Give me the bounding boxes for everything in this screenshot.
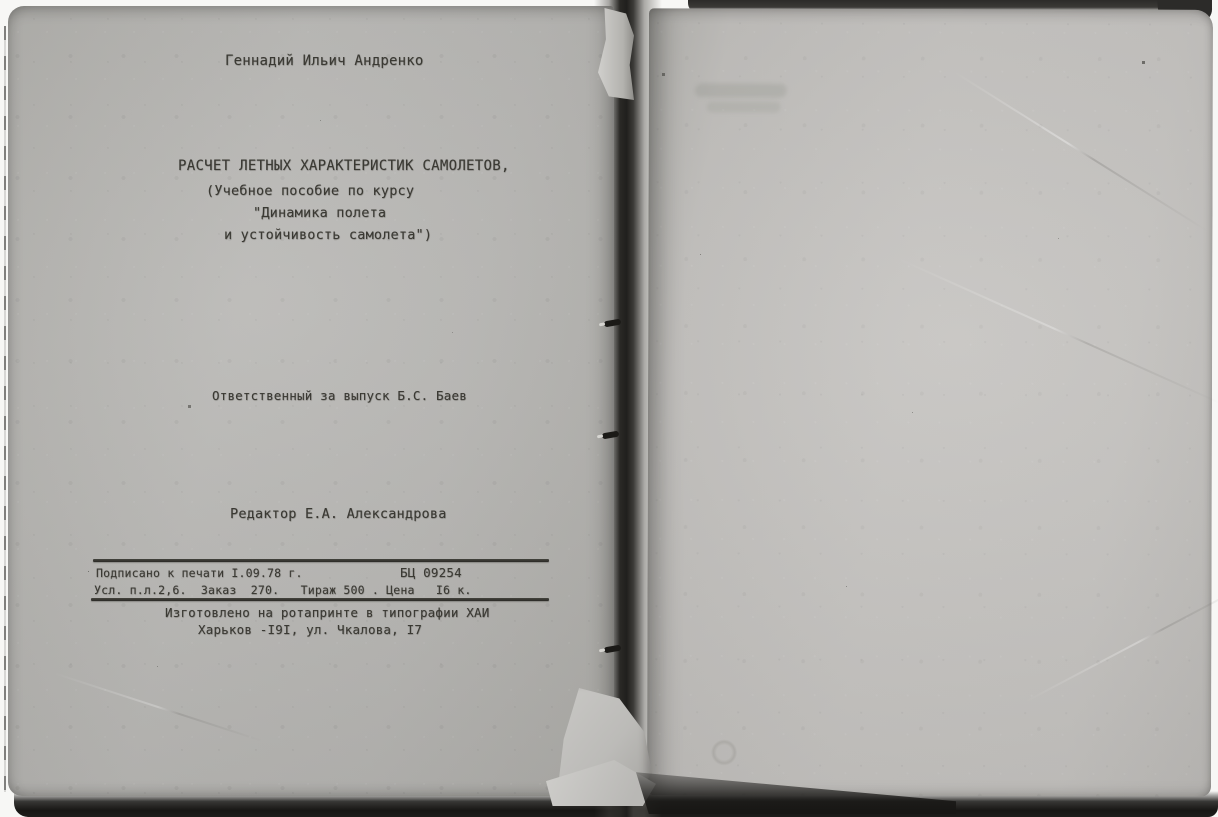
paper-stain bbox=[711, 739, 737, 765]
ink-showthrough-smudge bbox=[695, 83, 787, 97]
imprint-producer-line: Изготовлено на ротапринте в типографии Х… bbox=[165, 605, 489, 620]
paper-crease bbox=[53, 672, 263, 742]
editor-line: Редактор Е.А. Александрова bbox=[230, 506, 447, 522]
dust-specks bbox=[0, 0, 1, 1]
subtitle-line: "Динамика полета bbox=[253, 205, 386, 221]
imprint-signed-line: Подписано к печати I.09.78 г. bbox=[96, 566, 303, 580]
subtitle-line: и устойчивость самолета") bbox=[224, 227, 432, 243]
right-page bbox=[647, 8, 1213, 796]
paper-crease bbox=[896, 257, 1218, 406]
imprint-rule-bottom bbox=[91, 598, 549, 601]
imprint-details-line: Усл. п.л.2,6. Заказ 270. Тираж 500 . Цен… bbox=[94, 583, 472, 597]
author-line: Геннадий Ильич Андренко bbox=[225, 53, 423, 69]
book-scan: Геннадий Ильич Андренко РАСЧЕТ ЛЕТНЫХ ХА… bbox=[0, 0, 1218, 817]
ink-showthrough-smudge bbox=[707, 101, 781, 112]
imprint-address-line: Харьков -I9I, ул. Чкалова, I7 bbox=[198, 622, 422, 637]
left-page: Геннадий Ильич Андренко РАСЧЕТ ЛЕТНЫХ ХА… bbox=[8, 6, 614, 796]
book-title: РАСЧЕТ ЛЕТНЫХ ХАРАКТЕРИСТИК САМОЛЕТОВ, bbox=[178, 158, 510, 174]
subtitle-line: (Учебное пособие по курсу bbox=[206, 183, 414, 199]
imprint-code: БЦ 09254 bbox=[400, 565, 462, 580]
paper-crease bbox=[1024, 580, 1218, 703]
imprint-rule-top bbox=[93, 559, 549, 562]
responsible-line: Ответственный за выпуск Б.С. Баев bbox=[212, 388, 467, 403]
page-stack-edge bbox=[0, 26, 9, 792]
paper-crease bbox=[953, 71, 1208, 232]
